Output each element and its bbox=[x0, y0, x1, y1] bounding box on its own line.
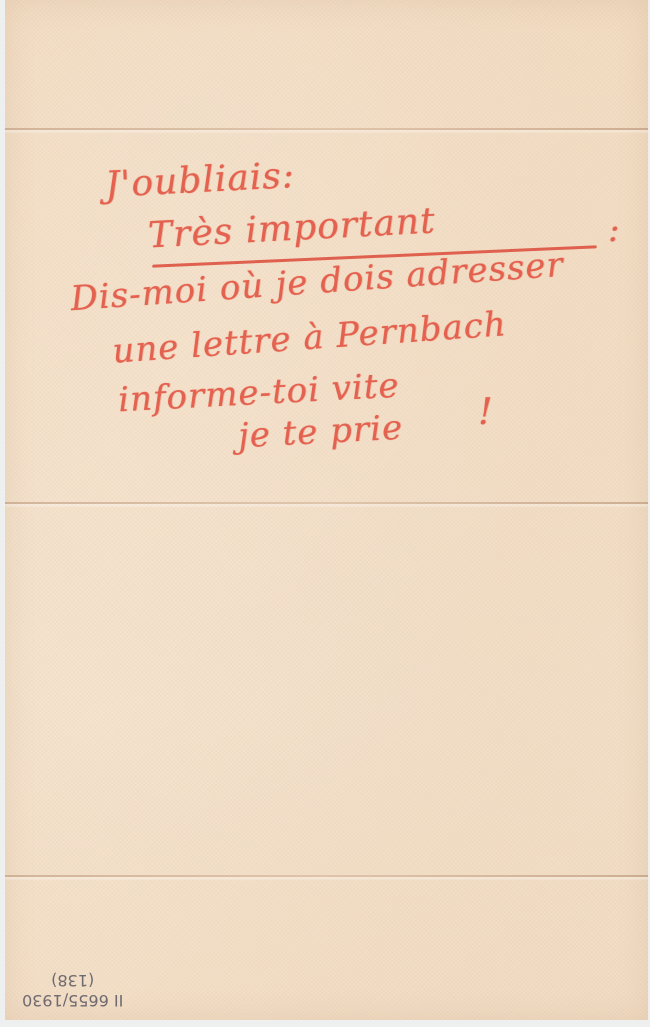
handwriting-exclamation: ! bbox=[478, 392, 493, 433]
fold-line-top bbox=[5, 128, 648, 130]
fold-line-middle bbox=[5, 502, 648, 504]
archive-item-number: (138) bbox=[22, 970, 123, 990]
letter-page bbox=[5, 0, 648, 1020]
handwriting-colon: : bbox=[608, 210, 620, 250]
archive-shelfmark: II 6655/1930 bbox=[22, 990, 123, 1010]
archive-pencil-mark: II 6655/1930 (138) bbox=[22, 970, 123, 1010]
fold-line-bottom bbox=[5, 875, 648, 877]
